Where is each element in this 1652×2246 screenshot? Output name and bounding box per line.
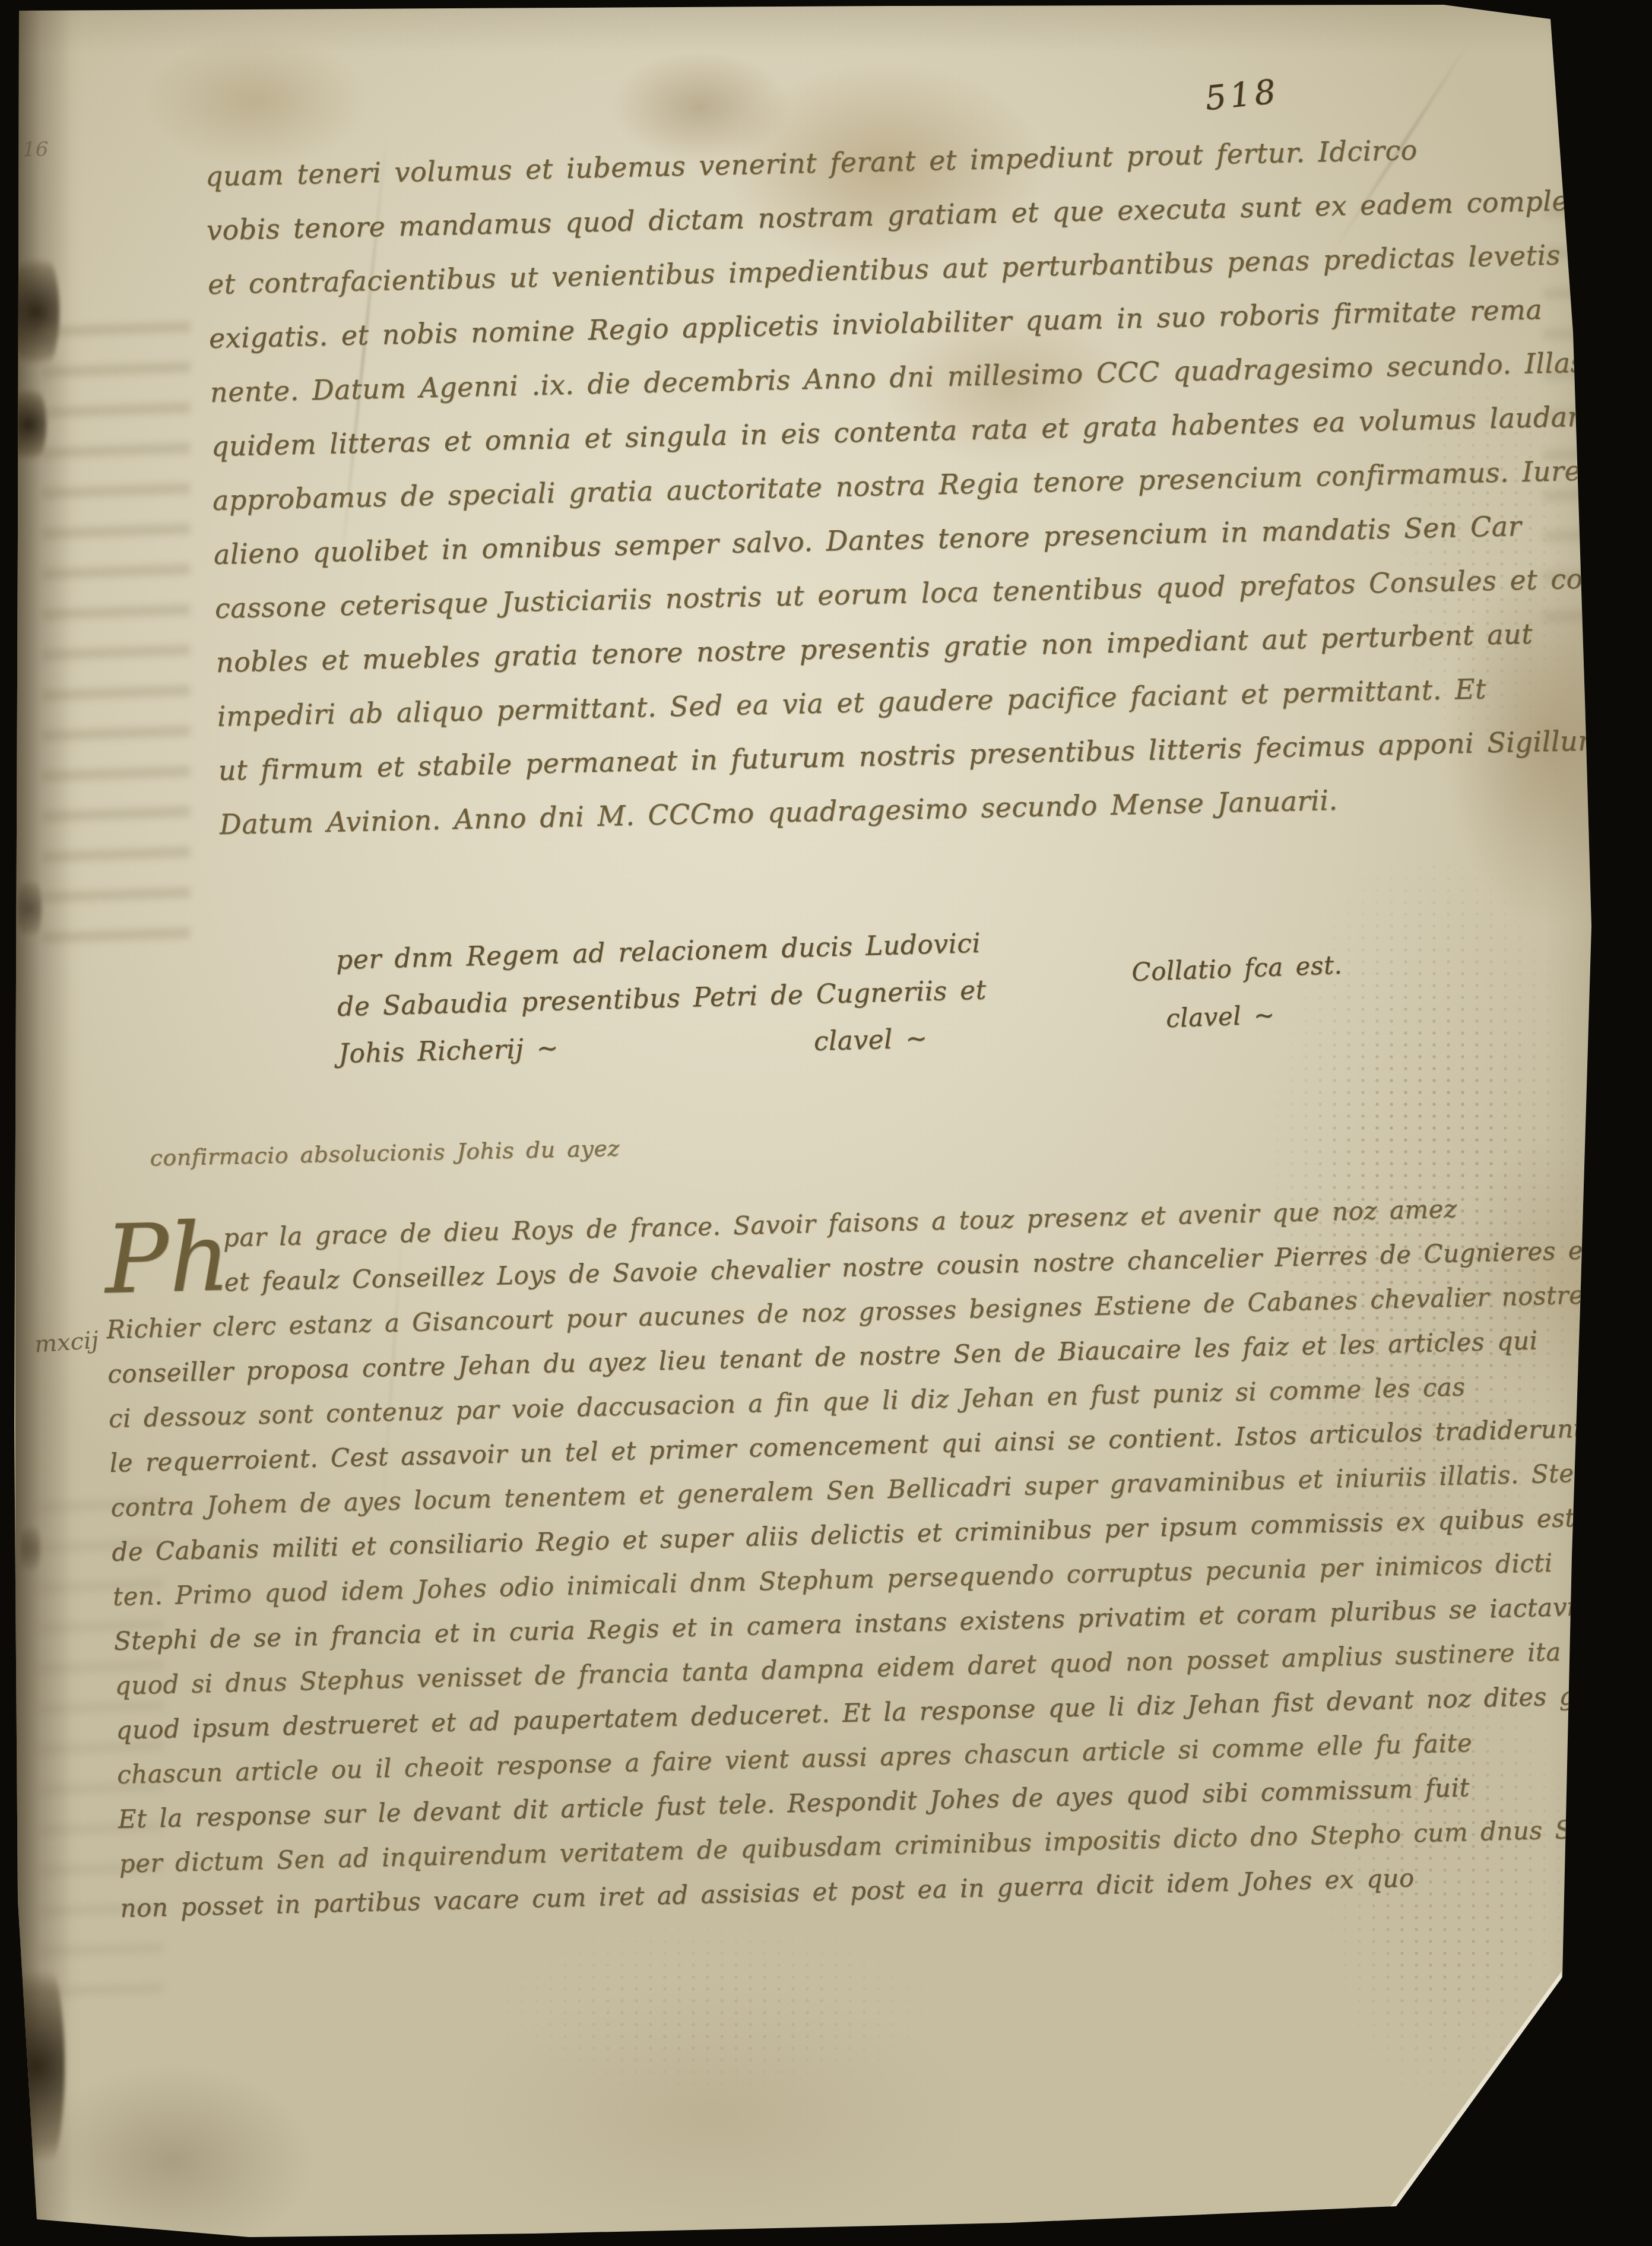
clavel-signature: clavel ~	[813, 1015, 928, 1065]
clavel-signature: clavel ~	[1165, 989, 1345, 1043]
subscription-block: per dnm Regem ad relacionem ducis Ludovi…	[335, 920, 988, 1078]
ink-blotch	[11, 380, 46, 469]
collation-note: Collatio fca est. clavel ~	[1131, 942, 1345, 1044]
latin-charter-block: quam teneri volumus et iubemus venerint …	[205, 121, 1543, 851]
photo-background: { "folio": { "page_number": "518", "foli…	[0, 0, 1652, 2246]
ink-blotch	[18, 873, 42, 944]
manuscript-page: 518 16 quam teneri volumus et iubemus ve…	[0, 0, 1652, 2246]
collation-line: Collatio fca est.	[1131, 942, 1343, 996]
speckle-texture	[487, 1924, 938, 2090]
page-number: 518	[1203, 72, 1281, 119]
notary-name: Johis Richerij ~	[338, 1025, 559, 1078]
marginal-note: mxcij	[34, 1326, 100, 1358]
french-articles-block: Ph par la grace de dieu Roys de france. …	[104, 1184, 1563, 1931]
ink-blotch	[20, 1520, 40, 1577]
folio-mark: 16	[23, 138, 48, 161]
ghost-showthrough	[42, 297, 190, 950]
